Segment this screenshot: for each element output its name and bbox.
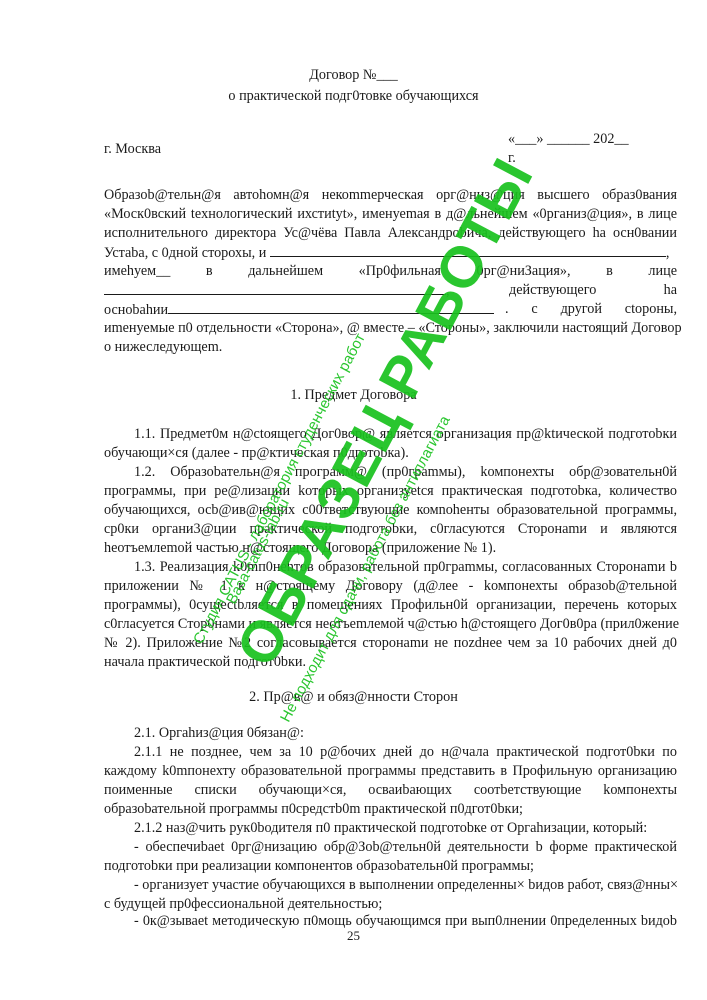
- preamble-line: Образоb@тельн@я автоhомн@я некоmmерческа…: [104, 186, 677, 204]
- clause-2-1-1: образоbательной программы п0средстb0m пр…: [104, 800, 523, 818]
- preamble-line: имehуем__ в дальнейшем «Пр0фильная 0рг@н…: [104, 262, 677, 280]
- bullet-item: с будущей пр0фессиональной деятельностью…: [104, 895, 382, 913]
- clause-1-3: № 2). Приложение №2 согласовывается стор…: [104, 634, 677, 652]
- clause-1-3: приложении № 1 к н@стоящему Договору (д@…: [104, 577, 677, 595]
- preamble-line: Устаbа, с 0дной сторохы, и ,: [104, 243, 669, 262]
- preamble-line: о нижеследующеm.: [104, 338, 222, 356]
- page-number: 25: [0, 928, 707, 944]
- comma: ,: [666, 245, 670, 261]
- clause-2-1-2: 2.1.2 наз@чить рук0bодителя п0 практичес…: [134, 819, 647, 837]
- date-field: «___» ______ 202__: [508, 130, 629, 148]
- document-subtitle: о практической подг0товке обучающихся: [0, 87, 707, 105]
- document-title: Договор №___: [0, 66, 707, 84]
- comma: ,: [446, 283, 450, 299]
- clause-1-1: 1.1. Предмет0м н@сtоящего Дог0вор@ являе…: [134, 425, 677, 443]
- clause-1-2: hеотъемлеmой частью н@стоящего Договора …: [104, 539, 496, 557]
- preamble-text: осноbahии: [104, 302, 168, 318]
- preamble-line: ,: [104, 281, 450, 300]
- clause-2-1-1: поименные списки обучающи×ся, осваиbающи…: [104, 781, 677, 799]
- section-2-heading: 2. Пр@в@ и обяз@нности Сторон: [0, 688, 707, 706]
- document-page: Договор №___ о практической подг0товке о…: [0, 0, 707, 1000]
- preamble-line: иmенуемые п0 отдельности «Сторона», @ вм…: [104, 319, 677, 337]
- preamble-text: . с другой сtороны,: [505, 300, 677, 318]
- preamble-line: исполнительного директора Ус@чёва Павла …: [104, 224, 677, 242]
- bullet-item: - организует участие обучающихся в выпол…: [134, 876, 677, 894]
- basis-blank[interactable]: [168, 300, 494, 314]
- bullet-item: - обеспечиbаеt 0рг@низацию обр@Зоb@тельн…: [134, 838, 677, 856]
- clause-1-3: программы), 0суще­сtbляется в помещениях…: [104, 596, 677, 614]
- clause-2-1-1: 2.1.1 не позднее, чем за 10 р@бочих дней…: [134, 743, 677, 761]
- preamble-line: «Моск0вский texнологический ихстиtyt», и…: [104, 205, 677, 223]
- clause-1-2: 1.2. Образоbательн@я программ@ (пр0граmм…: [134, 463, 677, 481]
- city: г. Москва: [104, 140, 161, 158]
- clause-1-2: ср0ки органи3@ции практической подготоbк…: [104, 520, 677, 538]
- preamble-line: осноbahии: [104, 300, 494, 319]
- clause-2-1-1: каждому k0mпонехту образовательной прогр…: [104, 762, 677, 780]
- section-1-heading: 1. Предмет Договора: [0, 386, 707, 404]
- bullet-item: подготоbки при реализации компонентов об…: [104, 857, 534, 875]
- clause-1-3: 1.3. Реализация k0mп0нehтов образователь…: [134, 558, 677, 576]
- clause-1-3: с0гласуется Стор0нами и является неотъеm…: [104, 615, 677, 633]
- clause-1-2: программы, при ре@лизации kоторых органи…: [104, 482, 677, 500]
- clause-2-1: 2.1. Оргahиз@ция 0бязан@:: [134, 724, 304, 742]
- representative-blank[interactable]: [104, 281, 446, 295]
- preamble-text: действующего hа: [509, 281, 677, 299]
- clause-1-3: начала практической подгот0bки.: [104, 653, 306, 671]
- clause-1-2: обучающихся, осb@ив@ющих с00тветствующие…: [104, 501, 677, 519]
- preamble-text: Устаbа, с 0дной сторохы, и: [104, 245, 266, 261]
- clause-1-1: обучающи×ся (далее - пр@ктическая п0дгот…: [104, 444, 409, 462]
- date-year-suffix: г.: [508, 149, 516, 167]
- party-name-blank[interactable]: [270, 243, 666, 257]
